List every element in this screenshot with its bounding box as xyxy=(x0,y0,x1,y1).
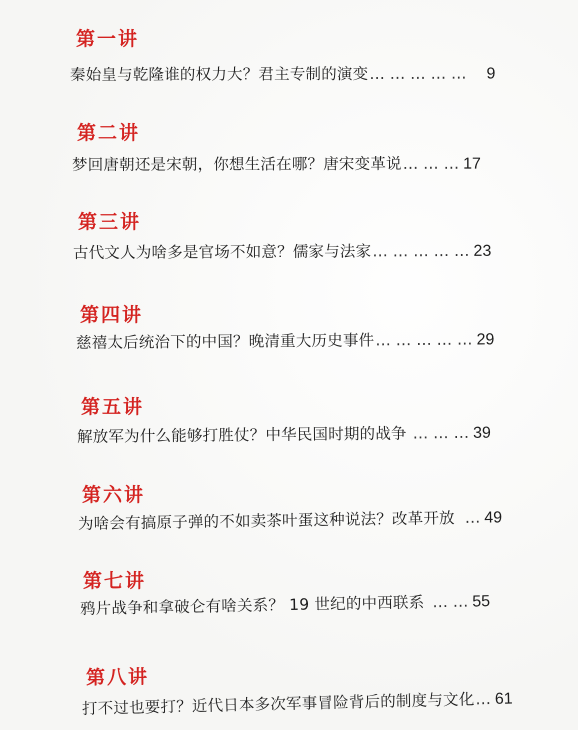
toc-link[interactable]: 解放军为什么能够打胜仗？中华民国时期的战争 … … … 39 xyxy=(77,421,491,447)
entry-title: 慈禧太后统治下的中国？晚清重大历史事件 xyxy=(76,328,374,353)
page-number: 23 xyxy=(473,243,491,261)
chapter-heading: 第六讲 xyxy=(82,480,145,507)
toc-link[interactable]: 梦回唐朝还是宋朝，你想生活在哪？唐宋变革说 … … … 17 xyxy=(72,152,481,175)
chapter-heading: 第四讲 xyxy=(80,300,143,327)
entry-title: 解放军为什么能够打胜仗？中华民国时期的战争 xyxy=(77,422,407,447)
page-number: 39 xyxy=(473,425,491,443)
toc-link[interactable]: 为啥会有搞原子弹的不如卖茶叶蛋这种说法？改革开放 … 49 xyxy=(78,505,502,534)
dot-leader: … … … xyxy=(403,155,459,173)
toc-link[interactable]: 鸦片战争和拿破仑有啥关系？ 19 世纪的中西联系 … … 55 xyxy=(80,589,490,619)
dot-leader: … … xyxy=(432,593,468,612)
chapter-heading: 第二讲 xyxy=(77,118,140,145)
toc-page: 第一讲 秦始皇与乾隆谁的权力大？君主专制的演变 … … … … … 9 第二讲 … xyxy=(0,0,578,730)
dot-leader: … … … xyxy=(413,424,470,443)
toc-link[interactable]: 打不过也要打？近代日本多次军事冒险背后的制度与文化 … 61 xyxy=(82,686,513,719)
entry-title: 打不过也要打？近代日本多次军事冒险背后的制度与文化 xyxy=(82,687,475,719)
page-number: 17 xyxy=(463,156,481,174)
toc-link[interactable]: 秦始皇与乾隆谁的权力大？君主专制的演变 … … … … … 9 xyxy=(70,62,496,85)
chapter-heading: 第一讲 xyxy=(76,24,139,51)
dot-leader: … … … … … xyxy=(372,242,469,261)
toc-link[interactable]: 慈禧太后统治下的中国？晚清重大历史事件 … … … … … 29 xyxy=(76,327,495,353)
entry-title: 鸦片战争和拿破仑有啥关系？ 19 世纪的中西联系 xyxy=(80,590,425,619)
dot-leader: … xyxy=(475,690,491,708)
entry-title: 古代文人为啥多是官场不如意？儒家与法家 xyxy=(73,239,371,263)
page-number: 61 xyxy=(495,690,513,708)
entry-title: 为啥会有搞原子弹的不如卖茶叶蛋这种说法？改革开放 xyxy=(78,506,455,534)
chapter-heading: 第五讲 xyxy=(81,392,144,419)
dot-leader: … xyxy=(465,509,481,527)
chapter-heading: 第三讲 xyxy=(78,207,141,234)
toc-link[interactable]: 古代文人为啥多是官场不如意？儒家与法家 … … … … … 23 xyxy=(73,239,491,263)
page-number: 49 xyxy=(484,509,502,527)
page-number: 55 xyxy=(472,593,490,611)
entry-title: 梦回唐朝还是宋朝，你想生活在哪？唐宋变革说 xyxy=(72,152,402,175)
dot-leader: … … … … … xyxy=(375,331,472,350)
page-number: 9 xyxy=(487,66,496,84)
chapter-heading: 第七讲 xyxy=(83,566,146,593)
chapter-heading: 第八讲 xyxy=(86,662,149,690)
page-number: 29 xyxy=(476,331,494,349)
entry-title: 秦始皇与乾隆谁的权力大？君主专制的演变 xyxy=(70,62,368,85)
dot-leader: … … … … … xyxy=(369,65,466,83)
